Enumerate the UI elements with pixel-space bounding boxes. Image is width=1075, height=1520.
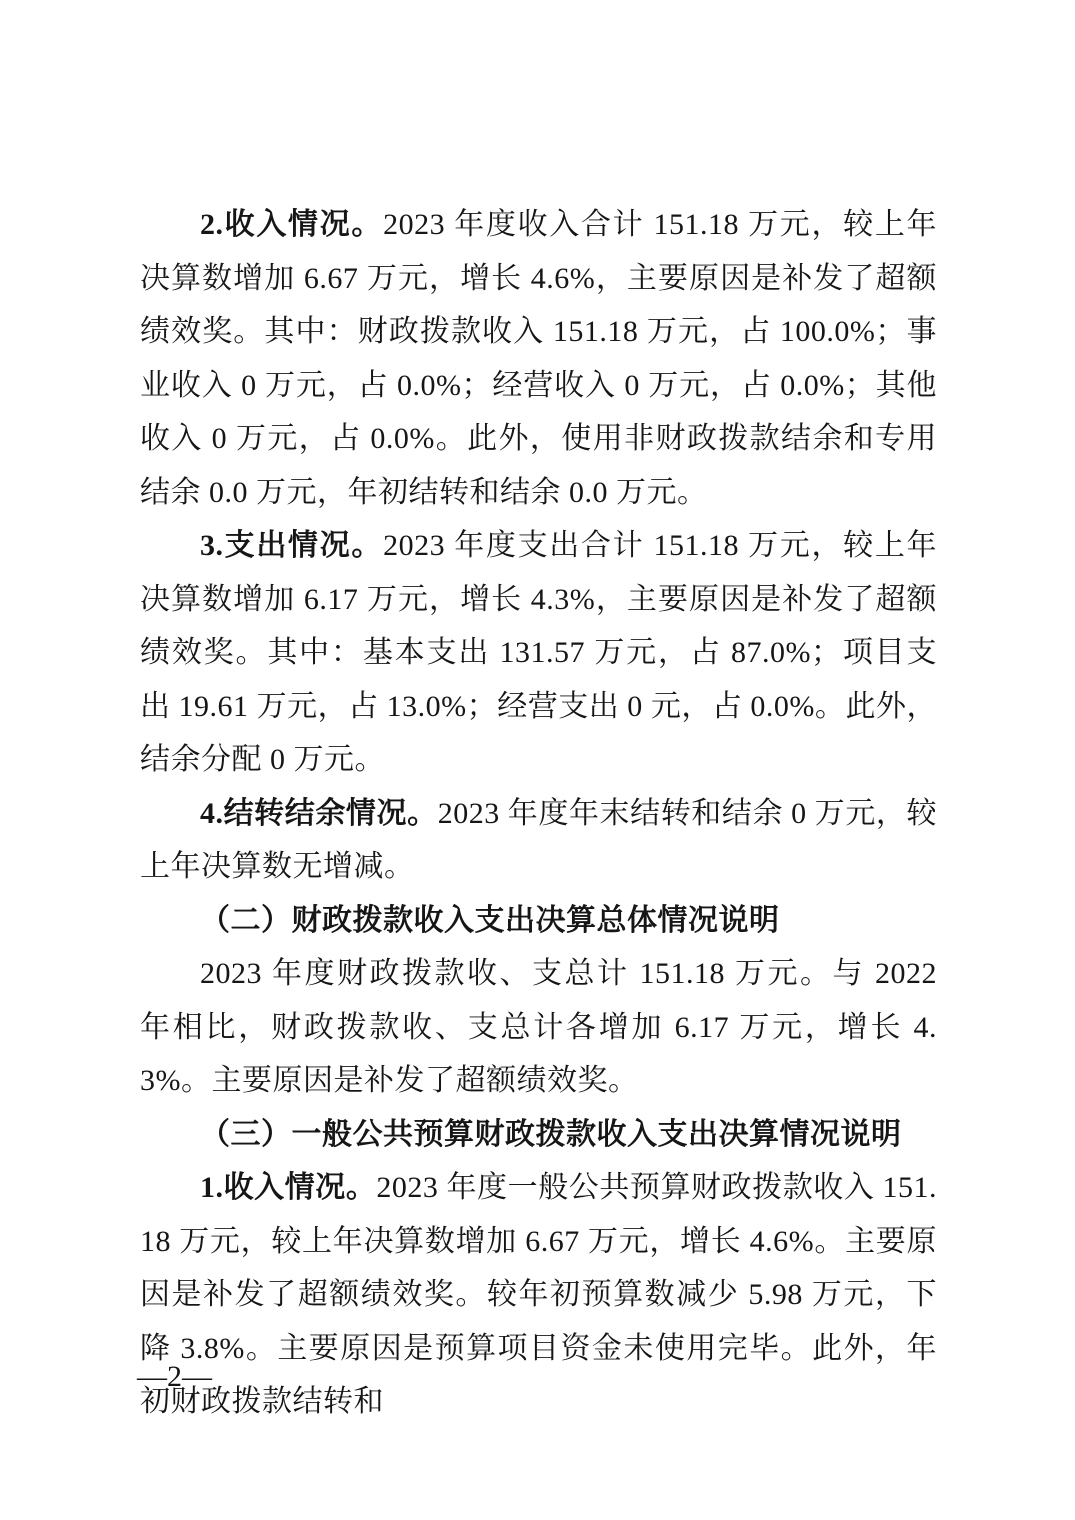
section-heading-three: （三）一般公共预算财政拨款收入支出决算情况说明 [140,1108,937,1162]
paragraph-text: 2023 年度财政拨款收、支总计 151.18 万元。与 2022 年相比，财政… [140,957,937,1097]
paragraph-lead: 4.结转结余情况。 [200,797,438,830]
paragraph-lead: 3.支出情况。 [200,529,383,562]
paragraph-text: 2023 年度一般公共预算财政拨款收入 151.18 万元，较上年决算数增加 6… [140,1171,937,1418]
paragraph-expenditure-situation-3: 3.支出情况。2023 年度支出合计 151.18 万元，较上年决算数增加 6.… [140,519,937,787]
paragraph-lead: 1.收入情况。 [200,1171,376,1204]
paragraph-income-situation-2: 2.收入情况。2023 年度收入合计 151.18 万元，较上年决算数增加 6.… [140,198,937,519]
page-number: —2— [137,1361,212,1393]
paragraph-text: 2023 年度支出合计 151.18 万元，较上年决算数增加 6.17 万元，增… [140,529,937,776]
paragraph-budget-income-situation-1: 1.收入情况。2023 年度一般公共预算财政拨款收入 151.18 万元，较上年… [140,1161,937,1429]
paragraph-text: 2023 年度收入合计 151.18 万元，较上年决算数增加 6.67 万元，增… [140,208,937,509]
paragraph-fiscal-appropriation-total: 2023 年度财政拨款收、支总计 151.18 万元。与 2022 年相比，财政… [140,947,937,1108]
paragraph-lead: 2.收入情况。 [200,208,383,241]
paragraph-carryover-situation-4: 4.结转结余情况。2023 年度年末结转和结余 0 万元，较上年决算数无增减。 [140,787,937,894]
document-body: 2.收入情况。2023 年度收入合计 151.18 万元，较上年决算数增加 6.… [140,198,937,1429]
section-heading-two: （二）财政拨款收入支出决算总体情况说明 [140,894,937,948]
document-page: 2.收入情况。2023 年度收入合计 151.18 万元，较上年决算数增加 6.… [0,0,1075,1520]
